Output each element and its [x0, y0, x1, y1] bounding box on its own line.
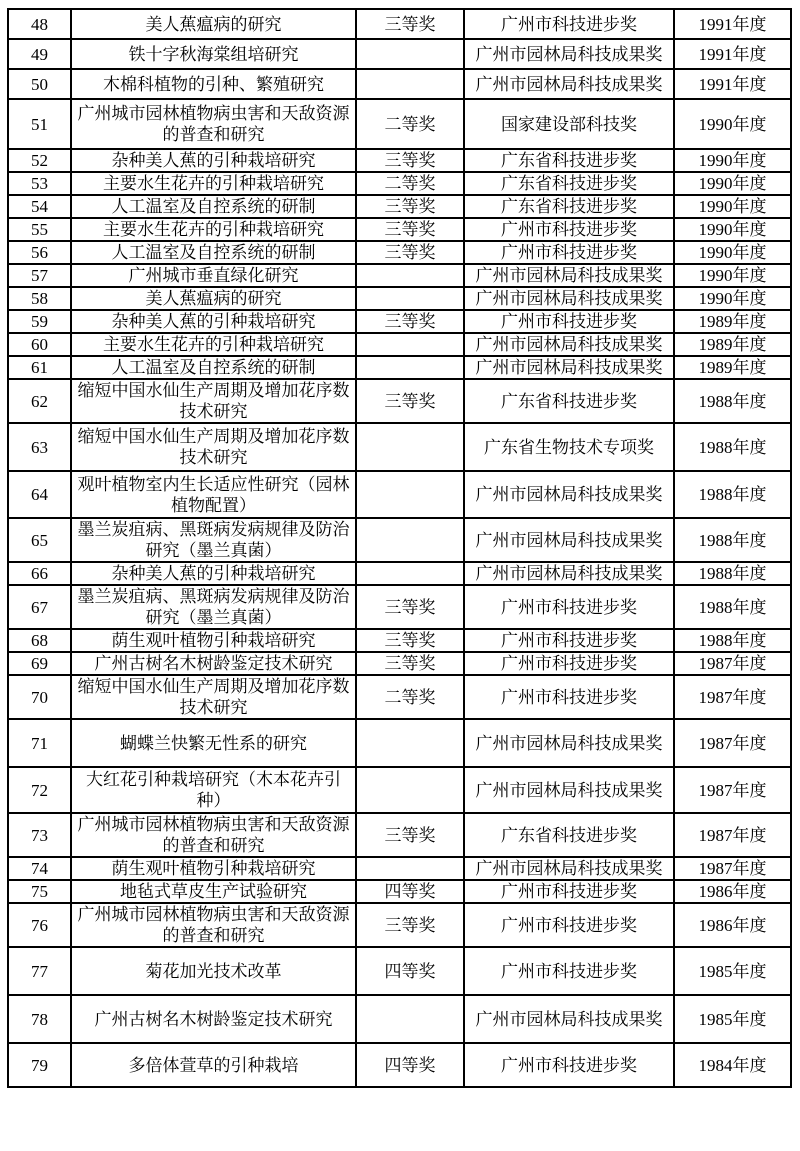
year-cell: 1990年度	[674, 241, 791, 264]
prize-grade-cell: 三等奖	[356, 310, 464, 333]
award-name-cell: 广州市科技进步奖	[464, 629, 674, 652]
prize-grade-cell: 三等奖	[356, 195, 464, 218]
table-row: 57 广州城市垂直绿化研究 广州市园林局科技成果奖 1990年度	[8, 264, 791, 287]
prize-grade-cell	[356, 356, 464, 379]
prize-grade-cell: 三等奖	[356, 241, 464, 264]
year-cell: 1988年度	[674, 379, 791, 423]
project-title-cell: 杂种美人蕉的引种栽培研究	[71, 562, 356, 585]
row-number-cell: 53	[8, 172, 71, 195]
year-cell: 1987年度	[674, 652, 791, 675]
table-row: 61 人工温室及自控系统的研制 广州市园林局科技成果奖 1989年度	[8, 356, 791, 379]
row-number-cell: 69	[8, 652, 71, 675]
project-title-cell: 主要水生花卉的引种栽培研究	[71, 172, 356, 195]
prize-grade-cell	[356, 264, 464, 287]
table-row: 52 杂种美人蕉的引种栽培研究 三等奖 广东省科技进步奖 1990年度	[8, 149, 791, 172]
award-name-cell: 广东省科技进步奖	[464, 172, 674, 195]
year-cell: 1990年度	[674, 264, 791, 287]
award-name-cell: 广州市园林局科技成果奖	[464, 287, 674, 310]
document-page: 48 美人蕉瘟病的研究 三等奖 广州市科技进步奖 1991年度 49 铁十字秋海…	[0, 0, 800, 1151]
year-cell: 1988年度	[674, 629, 791, 652]
year-cell: 1990年度	[674, 172, 791, 195]
project-title-cell: 缩短中国水仙生产周期及增加花序数技术研究	[71, 379, 356, 423]
table-row: 76 广州城市园林植物病虫害和天敌资源的普查和研究 三等奖 广州市科技进步奖 1…	[8, 903, 791, 947]
year-cell: 1987年度	[674, 767, 791, 813]
prize-grade-cell	[356, 995, 464, 1043]
row-number-cell: 79	[8, 1043, 71, 1087]
table-row: 77 菊花加光技术改革 四等奖 广州市科技进步奖 1985年度	[8, 947, 791, 995]
row-number-cell: 64	[8, 471, 71, 518]
project-title-cell: 主要水生花卉的引种栽培研究	[71, 218, 356, 241]
project-title-cell: 广州古树名木树龄鉴定技术研究	[71, 652, 356, 675]
table-row: 73 广州城市园林植物病虫害和天敌资源的普查和研究 三等奖 广东省科技进步奖 1…	[8, 813, 791, 857]
year-cell: 1990年度	[674, 195, 791, 218]
row-number-cell: 68	[8, 629, 71, 652]
prize-grade-cell: 三等奖	[356, 218, 464, 241]
award-name-cell: 广州市科技进步奖	[464, 1043, 674, 1087]
table-row: 50 木棉科植物的引种、繁殖研究 广州市园林局科技成果奖 1991年度	[8, 69, 791, 99]
table-row: 56 人工温室及自控系统的研制 三等奖 广州市科技进步奖 1990年度	[8, 241, 791, 264]
year-cell: 1987年度	[674, 675, 791, 719]
project-title-cell: 人工温室及自控系统的研制	[71, 356, 356, 379]
project-title-cell: 大红花引种栽培研究（木本花卉引种）	[71, 767, 356, 813]
project-title-cell: 美人蕉瘟病的研究	[71, 9, 356, 39]
year-cell: 1986年度	[674, 880, 791, 903]
table-row: 53 主要水生花卉的引种栽培研究 二等奖 广东省科技进步奖 1990年度	[8, 172, 791, 195]
project-title-cell: 荫生观叶植物引种栽培研究	[71, 629, 356, 652]
year-cell: 1986年度	[674, 903, 791, 947]
project-title-cell: 广州古树名木树龄鉴定技术研究	[71, 995, 356, 1043]
prize-grade-cell: 二等奖	[356, 675, 464, 719]
award-name-cell: 广州市科技进步奖	[464, 880, 674, 903]
row-number-cell: 75	[8, 880, 71, 903]
award-name-cell: 广东省科技进步奖	[464, 149, 674, 172]
prize-grade-cell: 二等奖	[356, 99, 464, 149]
prize-grade-cell	[356, 423, 464, 471]
row-number-cell: 77	[8, 947, 71, 995]
award-name-cell: 广州市园林局科技成果奖	[464, 69, 674, 99]
row-number-cell: 65	[8, 518, 71, 562]
table-row: 62 缩短中国水仙生产周期及增加花序数技术研究 三等奖 广东省科技进步奖 198…	[8, 379, 791, 423]
project-title-cell: 观叶植物室内生长适应性研究（园林植物配置）	[71, 471, 356, 518]
row-number-cell: 57	[8, 264, 71, 287]
row-number-cell: 52	[8, 149, 71, 172]
prize-grade-cell	[356, 39, 464, 69]
table-row: 58 美人蕉瘟病的研究 广州市园林局科技成果奖 1990年度	[8, 287, 791, 310]
table-row: 69 广州古树名木树龄鉴定技术研究 三等奖 广州市科技进步奖 1987年度	[8, 652, 791, 675]
project-title-cell: 荫生观叶植物引种栽培研究	[71, 857, 356, 880]
award-name-cell: 广东省科技进步奖	[464, 813, 674, 857]
award-name-cell: 广州市园林局科技成果奖	[464, 995, 674, 1043]
prize-grade-cell: 三等奖	[356, 629, 464, 652]
prize-grade-cell: 三等奖	[356, 585, 464, 629]
project-title-cell: 人工温室及自控系统的研制	[71, 241, 356, 264]
project-title-cell: 杂种美人蕉的引种栽培研究	[71, 310, 356, 333]
project-title-cell: 缩短中国水仙生产周期及增加花序数技术研究	[71, 423, 356, 471]
year-cell: 1988年度	[674, 471, 791, 518]
prize-grade-cell: 三等奖	[356, 903, 464, 947]
year-cell: 1990年度	[674, 149, 791, 172]
year-cell: 1987年度	[674, 857, 791, 880]
prize-grade-cell: 三等奖	[356, 379, 464, 423]
prize-grade-cell	[356, 518, 464, 562]
table-row: 64 观叶植物室内生长适应性研究（园林植物配置） 广州市园林局科技成果奖 198…	[8, 471, 791, 518]
award-name-cell: 广州市园林局科技成果奖	[464, 264, 674, 287]
row-number-cell: 56	[8, 241, 71, 264]
year-cell: 1988年度	[674, 423, 791, 471]
award-name-cell: 广州市园林局科技成果奖	[464, 857, 674, 880]
table-row: 55 主要水生花卉的引种栽培研究 三等奖 广州市科技进步奖 1990年度	[8, 218, 791, 241]
project-title-cell: 广州城市园林植物病虫害和天敌资源的普查和研究	[71, 813, 356, 857]
prize-grade-cell: 三等奖	[356, 652, 464, 675]
table-row: 54 人工温室及自控系统的研制 三等奖 广东省科技进步奖 1990年度	[8, 195, 791, 218]
row-number-cell: 62	[8, 379, 71, 423]
table-row: 63 缩短中国水仙生产周期及增加花序数技术研究 广东省生物技术专项奖 1988年…	[8, 423, 791, 471]
project-title-cell: 地毡式草皮生产试验研究	[71, 880, 356, 903]
table-row: 59 杂种美人蕉的引种栽培研究 三等奖 广州市科技进步奖 1989年度	[8, 310, 791, 333]
row-number-cell: 51	[8, 99, 71, 149]
project-title-cell: 墨兰炭疽病、黑斑病发病规律及防治研究（墨兰真菌）	[71, 518, 356, 562]
row-number-cell: 50	[8, 69, 71, 99]
row-number-cell: 71	[8, 719, 71, 767]
award-name-cell: 广州市园林局科技成果奖	[464, 356, 674, 379]
year-cell: 1985年度	[674, 947, 791, 995]
award-name-cell: 广州市科技进步奖	[464, 652, 674, 675]
year-cell: 1991年度	[674, 9, 791, 39]
prize-grade-cell: 四等奖	[356, 1043, 464, 1087]
awards-table-body: 48 美人蕉瘟病的研究 三等奖 广州市科技进步奖 1991年度 49 铁十字秋海…	[8, 9, 791, 1087]
row-number-cell: 72	[8, 767, 71, 813]
award-name-cell: 广州市园林局科技成果奖	[464, 471, 674, 518]
award-name-cell: 广州市科技进步奖	[464, 675, 674, 719]
award-name-cell: 广州市科技进步奖	[464, 585, 674, 629]
project-title-cell: 广州城市园林植物病虫害和天敌资源的普查和研究	[71, 903, 356, 947]
prize-grade-cell: 四等奖	[356, 880, 464, 903]
year-cell: 1985年度	[674, 995, 791, 1043]
table-row: 60 主要水生花卉的引种栽培研究 广州市园林局科技成果奖 1989年度	[8, 333, 791, 356]
project-title-cell: 广州城市园林植物病虫害和天敌资源的普查和研究	[71, 99, 356, 149]
table-row: 51 广州城市园林植物病虫害和天敌资源的普查和研究 二等奖 国家建设部科技奖 1…	[8, 99, 791, 149]
table-row: 74 荫生观叶植物引种栽培研究 广州市园林局科技成果奖 1987年度	[8, 857, 791, 880]
year-cell: 1989年度	[674, 333, 791, 356]
prize-grade-cell	[356, 857, 464, 880]
award-name-cell: 广州市科技进步奖	[464, 310, 674, 333]
project-title-cell: 木棉科植物的引种、繁殖研究	[71, 69, 356, 99]
row-number-cell: 63	[8, 423, 71, 471]
year-cell: 1988年度	[674, 562, 791, 585]
table-row: 49 铁十字秋海棠组培研究 广州市园林局科技成果奖 1991年度	[8, 39, 791, 69]
project-title-cell: 美人蕉瘟病的研究	[71, 287, 356, 310]
prize-grade-cell	[356, 69, 464, 99]
table-row: 75 地毡式草皮生产试验研究 四等奖 广州市科技进步奖 1986年度	[8, 880, 791, 903]
project-title-cell: 铁十字秋海棠组培研究	[71, 39, 356, 69]
award-name-cell: 广州市园林局科技成果奖	[464, 518, 674, 562]
award-name-cell: 广州市科技进步奖	[464, 241, 674, 264]
table-row: 71 蝴蝶兰快繁无性系的研究 广州市园林局科技成果奖 1987年度	[8, 719, 791, 767]
row-number-cell: 67	[8, 585, 71, 629]
table-row: 70 缩短中国水仙生产周期及增加花序数技术研究 二等奖 广州市科技进步奖 198…	[8, 675, 791, 719]
year-cell: 1989年度	[674, 310, 791, 333]
award-name-cell: 广州市园林局科技成果奖	[464, 39, 674, 69]
award-name-cell: 广州市科技进步奖	[464, 903, 674, 947]
project-title-cell: 多倍体萱草的引种栽培	[71, 1043, 356, 1087]
table-row: 66 杂种美人蕉的引种栽培研究 广州市园林局科技成果奖 1988年度	[8, 562, 791, 585]
row-number-cell: 59	[8, 310, 71, 333]
row-number-cell: 78	[8, 995, 71, 1043]
row-number-cell: 58	[8, 287, 71, 310]
year-cell: 1988年度	[674, 585, 791, 629]
row-number-cell: 73	[8, 813, 71, 857]
award-name-cell: 广东省科技进步奖	[464, 379, 674, 423]
award-name-cell: 国家建设部科技奖	[464, 99, 674, 149]
project-title-cell: 墨兰炭疽病、黑斑病发病规律及防治研究（墨兰真菌）	[71, 585, 356, 629]
year-cell: 1991年度	[674, 69, 791, 99]
project-title-cell: 蝴蝶兰快繁无性系的研究	[71, 719, 356, 767]
project-title-cell: 人工温室及自控系统的研制	[71, 195, 356, 218]
year-cell: 1990年度	[674, 218, 791, 241]
row-number-cell: 55	[8, 218, 71, 241]
year-cell: 1984年度	[674, 1043, 791, 1087]
prize-grade-cell: 三等奖	[356, 813, 464, 857]
row-number-cell: 70	[8, 675, 71, 719]
prize-grade-cell	[356, 719, 464, 767]
project-title-cell: 杂种美人蕉的引种栽培研究	[71, 149, 356, 172]
table-row: 78 广州古树名木树龄鉴定技术研究 广州市园林局科技成果奖 1985年度	[8, 995, 791, 1043]
prize-grade-cell: 三等奖	[356, 149, 464, 172]
year-cell: 1991年度	[674, 39, 791, 69]
award-name-cell: 广东省生物技术专项奖	[464, 423, 674, 471]
year-cell: 1990年度	[674, 287, 791, 310]
project-title-cell: 菊花加光技术改革	[71, 947, 356, 995]
project-title-cell: 主要水生花卉的引种栽培研究	[71, 333, 356, 356]
row-number-cell: 76	[8, 903, 71, 947]
row-number-cell: 61	[8, 356, 71, 379]
row-number-cell: 48	[8, 9, 71, 39]
prize-grade-cell	[356, 471, 464, 518]
table-row: 65 墨兰炭疽病、黑斑病发病规律及防治研究（墨兰真菌） 广州市园林局科技成果奖 …	[8, 518, 791, 562]
row-number-cell: 74	[8, 857, 71, 880]
prize-grade-cell: 三等奖	[356, 9, 464, 39]
table-row: 79 多倍体萱草的引种栽培 四等奖 广州市科技进步奖 1984年度	[8, 1043, 791, 1087]
award-name-cell: 广州市园林局科技成果奖	[464, 333, 674, 356]
project-title-cell: 广州城市垂直绿化研究	[71, 264, 356, 287]
table-row: 48 美人蕉瘟病的研究 三等奖 广州市科技进步奖 1991年度	[8, 9, 791, 39]
prize-grade-cell: 二等奖	[356, 172, 464, 195]
award-name-cell: 广东省科技进步奖	[464, 195, 674, 218]
table-row: 67 墨兰炭疽病、黑斑病发病规律及防治研究（墨兰真菌） 三等奖 广州市科技进步奖…	[8, 585, 791, 629]
row-number-cell: 66	[8, 562, 71, 585]
award-name-cell: 广州市科技进步奖	[464, 218, 674, 241]
prize-grade-cell	[356, 562, 464, 585]
award-name-cell: 广州市科技进步奖	[464, 947, 674, 995]
award-name-cell: 广州市科技进步奖	[464, 9, 674, 39]
award-name-cell: 广州市园林局科技成果奖	[464, 562, 674, 585]
year-cell: 1987年度	[674, 813, 791, 857]
award-name-cell: 广州市园林局科技成果奖	[464, 767, 674, 813]
table-row: 72 大红花引种栽培研究（木本花卉引种） 广州市园林局科技成果奖 1987年度	[8, 767, 791, 813]
year-cell: 1990年度	[674, 99, 791, 149]
row-number-cell: 54	[8, 195, 71, 218]
prize-grade-cell: 四等奖	[356, 947, 464, 995]
project-title-cell: 缩短中国水仙生产周期及增加花序数技术研究	[71, 675, 356, 719]
prize-grade-cell	[356, 767, 464, 813]
row-number-cell: 49	[8, 39, 71, 69]
prize-grade-cell	[356, 287, 464, 310]
year-cell: 1987年度	[674, 719, 791, 767]
table-row: 68 荫生观叶植物引种栽培研究 三等奖 广州市科技进步奖 1988年度	[8, 629, 791, 652]
awards-table: 48 美人蕉瘟病的研究 三等奖 广州市科技进步奖 1991年度 49 铁十字秋海…	[7, 8, 792, 1088]
prize-grade-cell	[356, 333, 464, 356]
year-cell: 1988年度	[674, 518, 791, 562]
year-cell: 1989年度	[674, 356, 791, 379]
row-number-cell: 60	[8, 333, 71, 356]
award-name-cell: 广州市园林局科技成果奖	[464, 719, 674, 767]
